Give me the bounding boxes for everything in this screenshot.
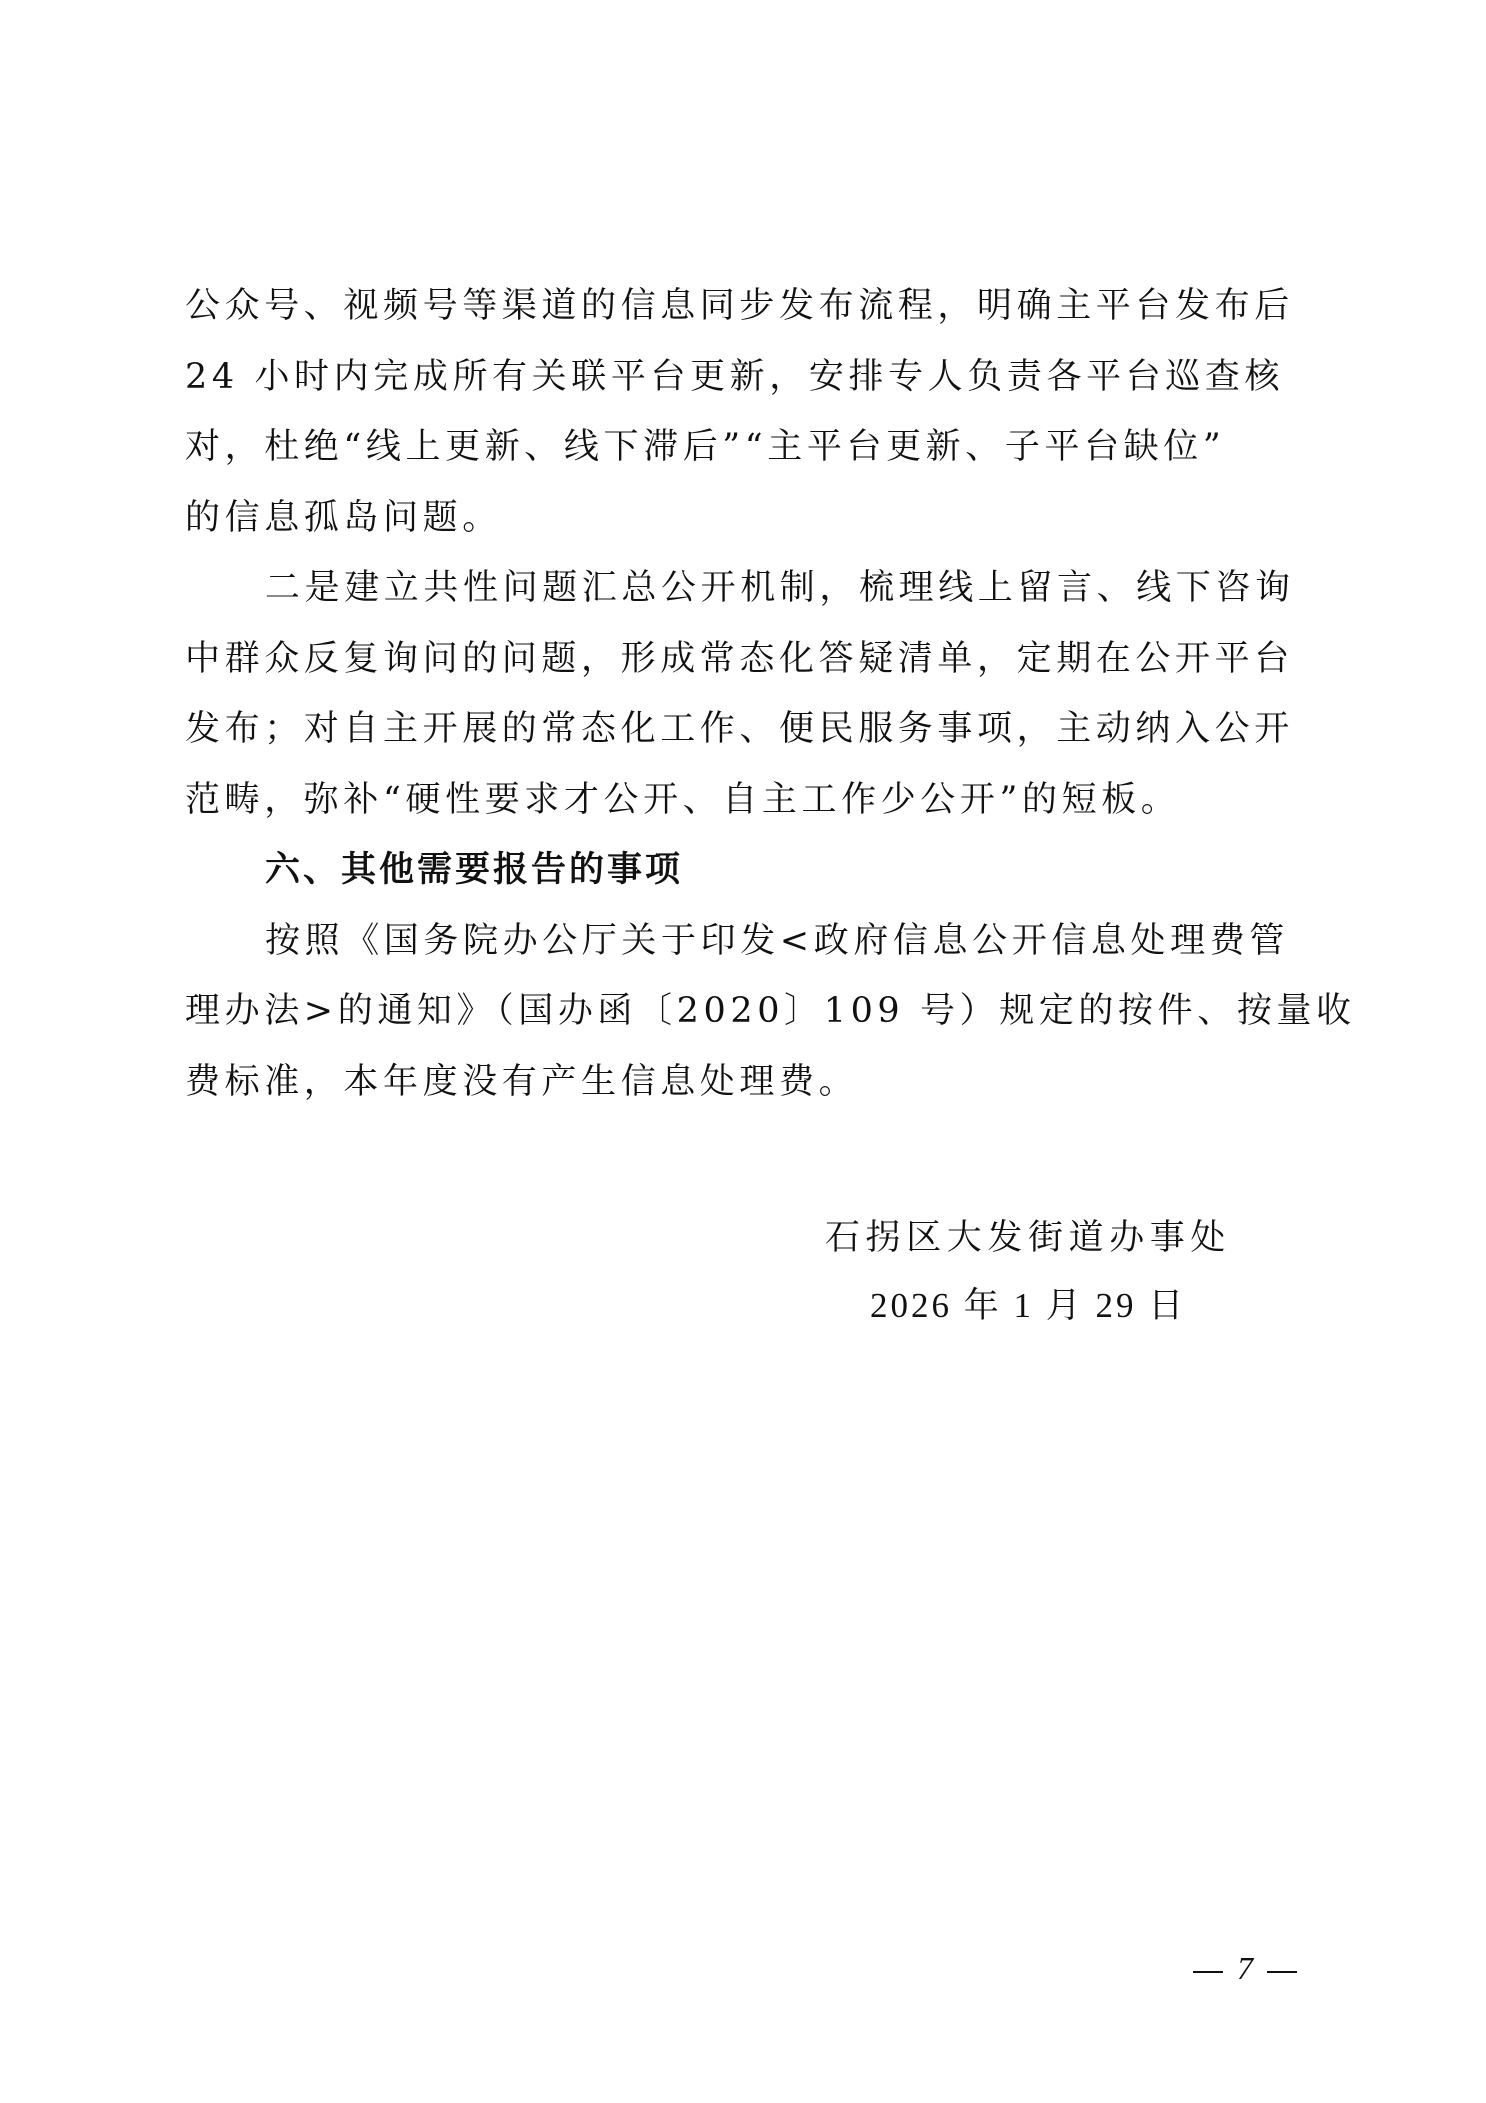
paragraph-line: 二是建立共性问题汇总公开机制，梳理线上留言、线下咨询 (185, 564, 1303, 635)
paragraph-line: 按照《国务院办公厅关于印发<政府信息公开信息处理费管 (185, 917, 1303, 988)
page-number-value: 7 (1237, 1950, 1253, 1986)
paragraph-line: 范畴，弥补“硬性要求才公开、自主工作少公开”的短板。 (185, 776, 1303, 847)
page-number: 7 (1150, 1948, 1340, 1988)
signature-date: 2026 年 1 月 29 日 (870, 1282, 1210, 1330)
section-heading: 六、其他需要报告的事项 (185, 846, 1303, 917)
paragraph-line: 24 小时内完成所有关联平台更新，安排专人负责各平台巡查核 (185, 353, 1303, 424)
paragraph-line: 费标准，本年度没有产生信息处理费。 (185, 1058, 1303, 1129)
dash-left (1193, 1971, 1223, 1973)
paragraph-line: 的信息孤岛问题。 (185, 494, 1303, 565)
paragraph-line: 中群众反复询问的问题，形成常态化答疑清单，定期在公开平台 (185, 635, 1303, 706)
document-page: 公众号、视频号等渠道的信息同步发布流程，明确主平台发布后 24 小时内完成所有关… (0, 0, 1486, 2103)
paragraph-line: 对，杜绝“线上更新、线下滞后”“主平台更新、子平台缺位” (185, 423, 1303, 494)
paragraph-line: 公众号、视频号等渠道的信息同步发布流程，明确主平台发布后 (185, 282, 1303, 353)
dash-right (1267, 1971, 1297, 1973)
paragraph-line: 发布；对自主开展的常态化工作、便民服务事项，主动纳入公开 (185, 705, 1303, 776)
signature-organization: 石拐区大发街道办事处 (825, 1214, 1245, 1262)
body-text: 公众号、视频号等渠道的信息同步发布流程，明确主平台发布后 24 小时内完成所有关… (185, 282, 1303, 1128)
paragraph-line: 理办法>的通知》（国办函〔2020〕109 号）规定的按件、按量收 (185, 987, 1303, 1058)
